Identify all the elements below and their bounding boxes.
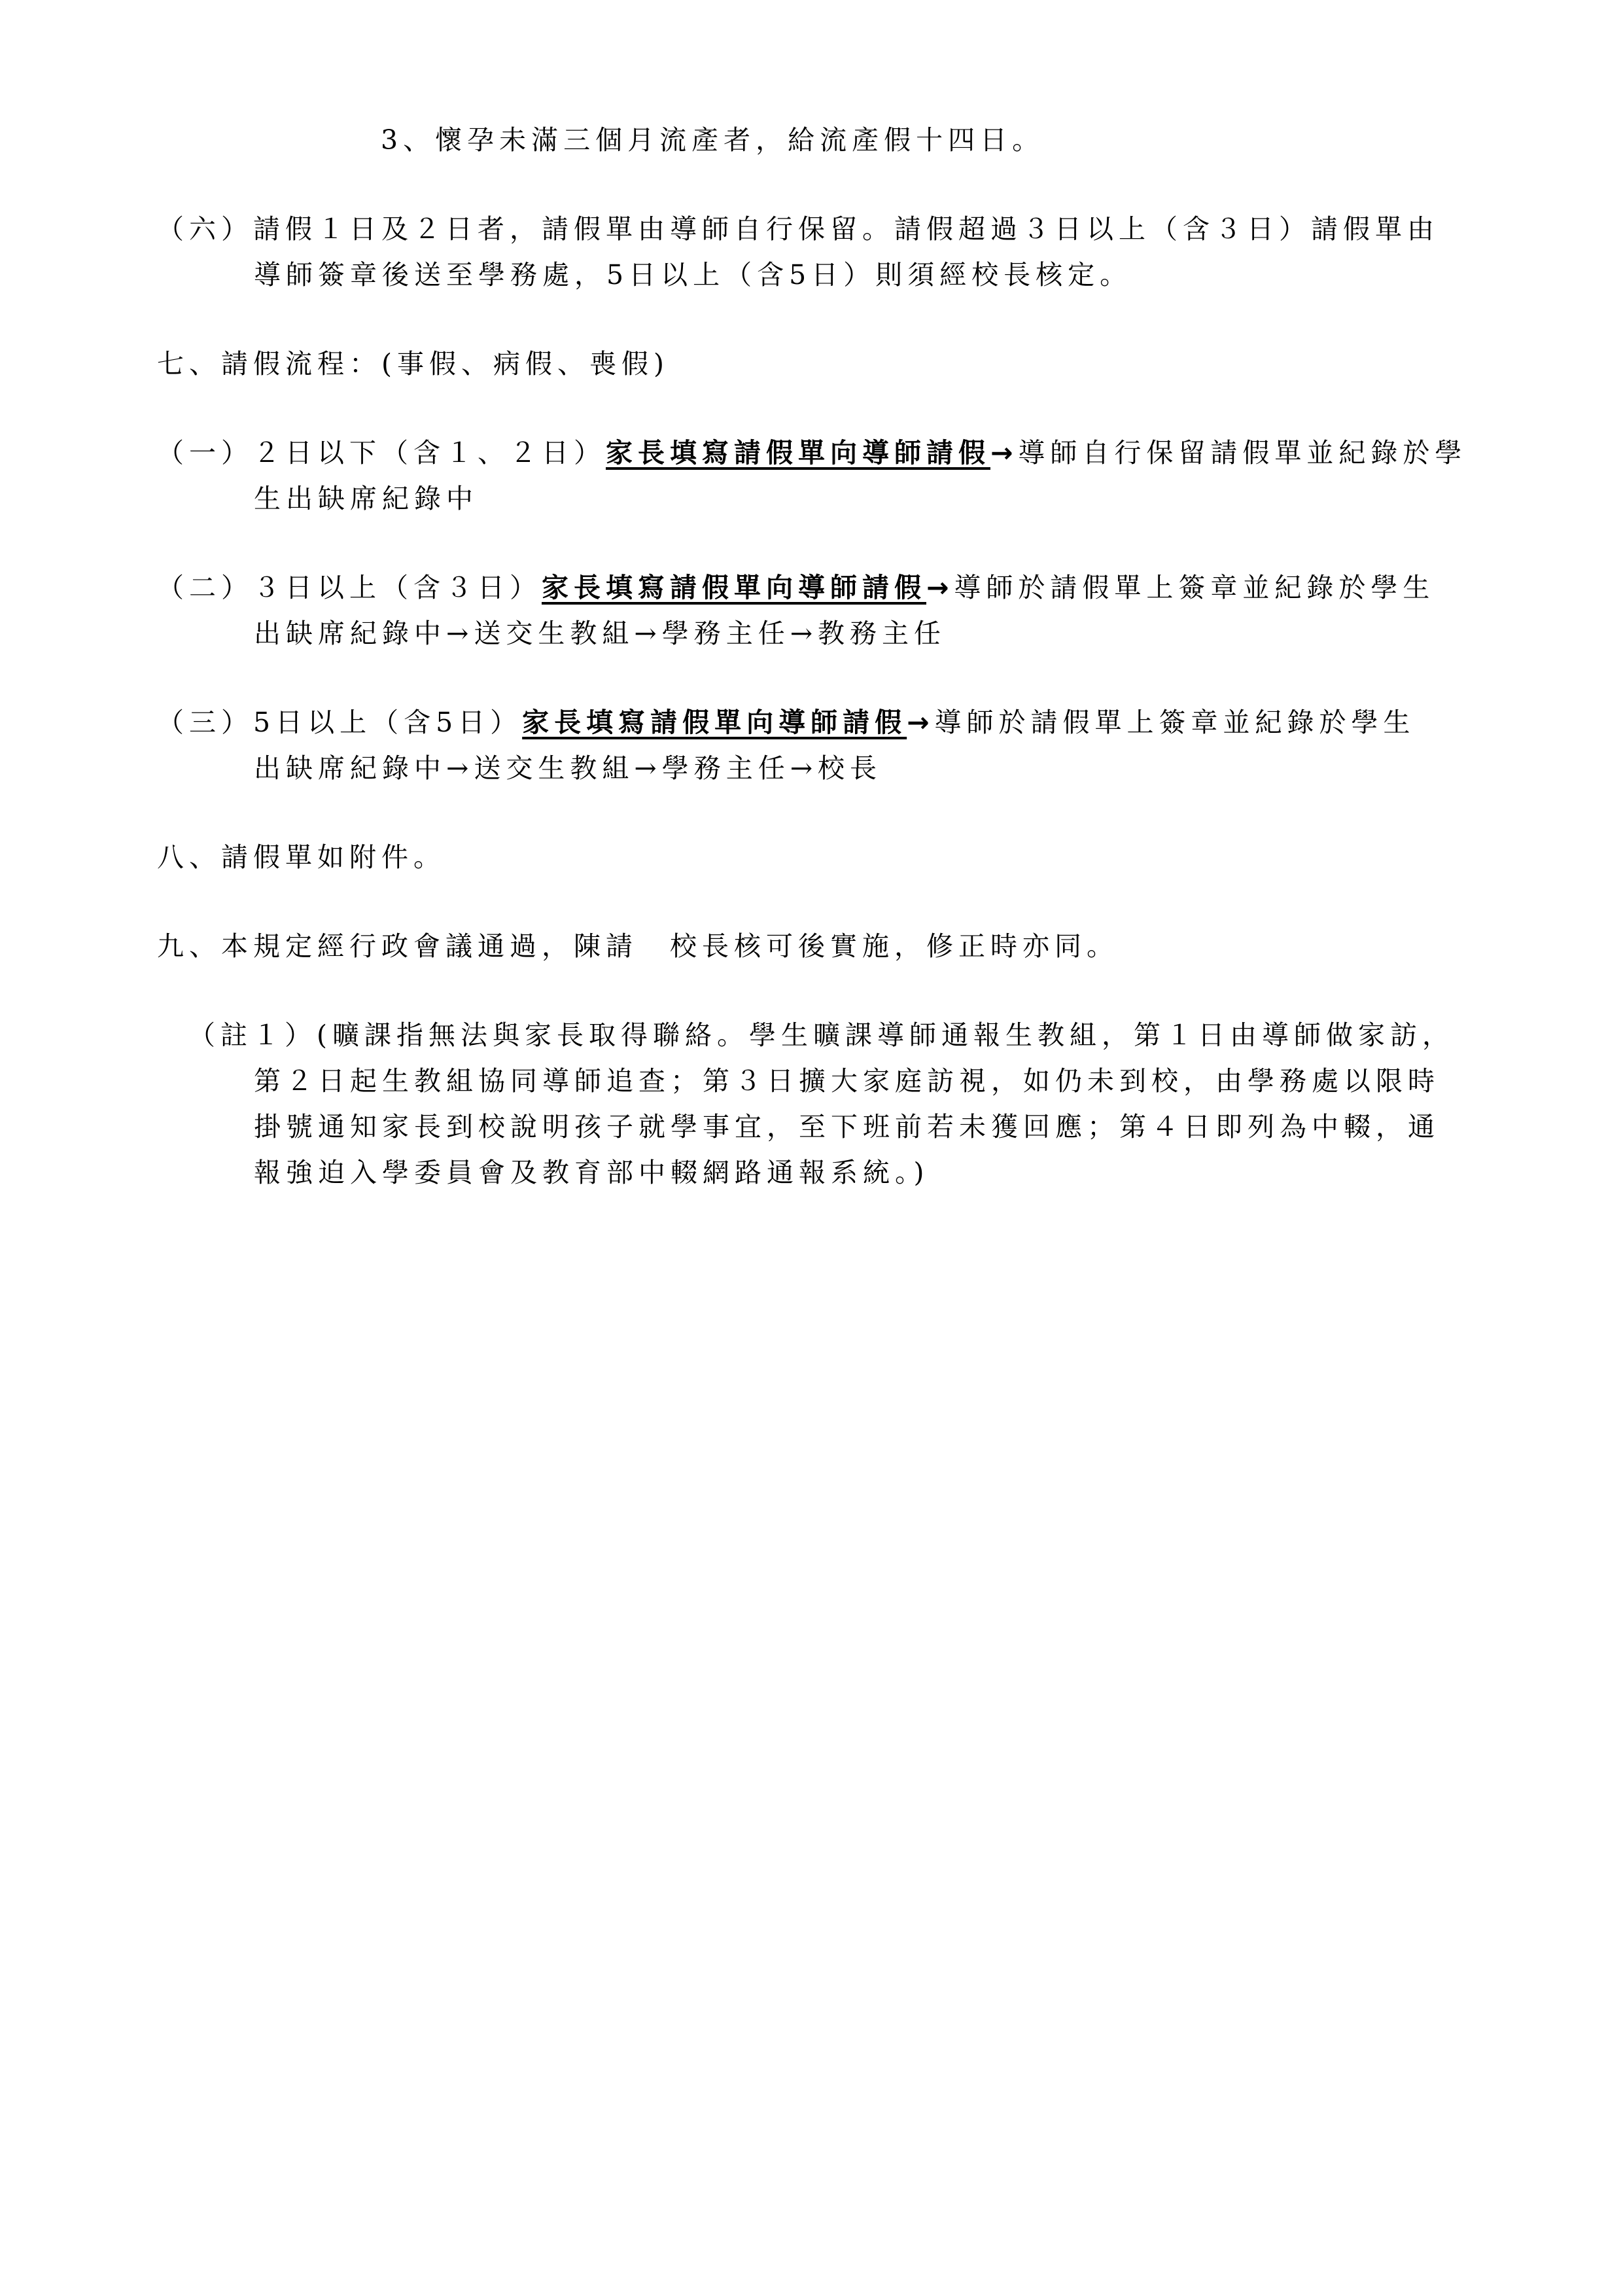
note-1-line3: 掛號通知家長到校說明孩子就學事宜，至下班前若未獲回應；第４日即列為中輟，通 — [254, 1108, 1440, 1145]
item-5-3-text: 3、懷孕未滿三個月流產者，給流產假十四日。 — [381, 122, 1044, 158]
step-2-rest: 導師於請假單上簽章並紀錄於學生 — [954, 572, 1435, 603]
step-3-emphasis: 家長填寫請假單向導師請假 — [522, 707, 907, 738]
step-2-prefix: （二）３日以上（含３日） — [157, 572, 542, 603]
note-1-line1: （註１）(曠課指無法與家長取得聯絡。學生曠課導師通報生教組，第１日由導師做家訪， — [188, 1017, 1454, 1053]
step-3-line2: 出缺席紀錄中→送交生教組→學務主任→校長 — [254, 750, 882, 786]
section-8-text: 八、請假單如附件。 — [157, 839, 445, 875]
step-3-line1: （三）5日以上（含5日）家長填寫請假單向導師請假→導師於請假單上簽章並紀錄於學生 — [157, 704, 1416, 741]
item-6-line1: （六）請假１日及２日者，請假單由導師自行保留。請假超過３日以上（含３日）請假單由 — [157, 211, 1439, 247]
arrow-right-icon: → — [990, 437, 1018, 468]
step-2-line1: （二）３日以上（含３日）家長填寫請假單向導師請假→導師於請假單上簽章並紀錄於學生 — [157, 569, 1435, 606]
note-1-line2: 第２日起生教組協同導師追查；第３日擴大家庭訪視，如仍未到校，由學務處以限時 — [254, 1063, 1440, 1099]
step-1-line1: （一）２日以下（含１、２日）家長填寫請假單向導師請假→導師自行保留請假單並紀錄於… — [157, 434, 1467, 471]
step-1-rest: 導師自行保留請假單並紀錄於學 — [1018, 437, 1467, 468]
step-3-prefix: （三）5日以上（含5日） — [157, 707, 522, 738]
arrow-right-icon: → — [907, 707, 934, 738]
step-1-line2: 生出缺席紀錄中 — [254, 480, 478, 517]
section-9-text: 九、本規定經行政會議通過，陳請 校長核可後實施，修正時亦同。 — [157, 928, 1119, 964]
note-1-line4: 報強迫入學委員會及教育部中輟網路通報系統。) — [254, 1154, 930, 1191]
section-7-heading: 七、請假流程：(事假、病假、喪假) — [157, 345, 669, 382]
step-2-line2: 出缺席紀錄中→送交生教組→學務主任→教務主任 — [254, 615, 946, 652]
arrow-right-icon: → — [926, 572, 954, 603]
step-1-prefix: （一）２日以下（含１、２日） — [157, 437, 606, 468]
step-1-emphasis: 家長填寫請假單向導師請假 — [606, 437, 990, 468]
step-3-rest: 導師於請假單上簽章並紀錄於學生 — [935, 707, 1416, 738]
item-6-line2: 導師簽章後送至學務處，5日以上（含5日）則須經校長核定。 — [254, 256, 1132, 293]
step-2-emphasis: 家長填寫請假單向導師請假 — [542, 572, 926, 603]
